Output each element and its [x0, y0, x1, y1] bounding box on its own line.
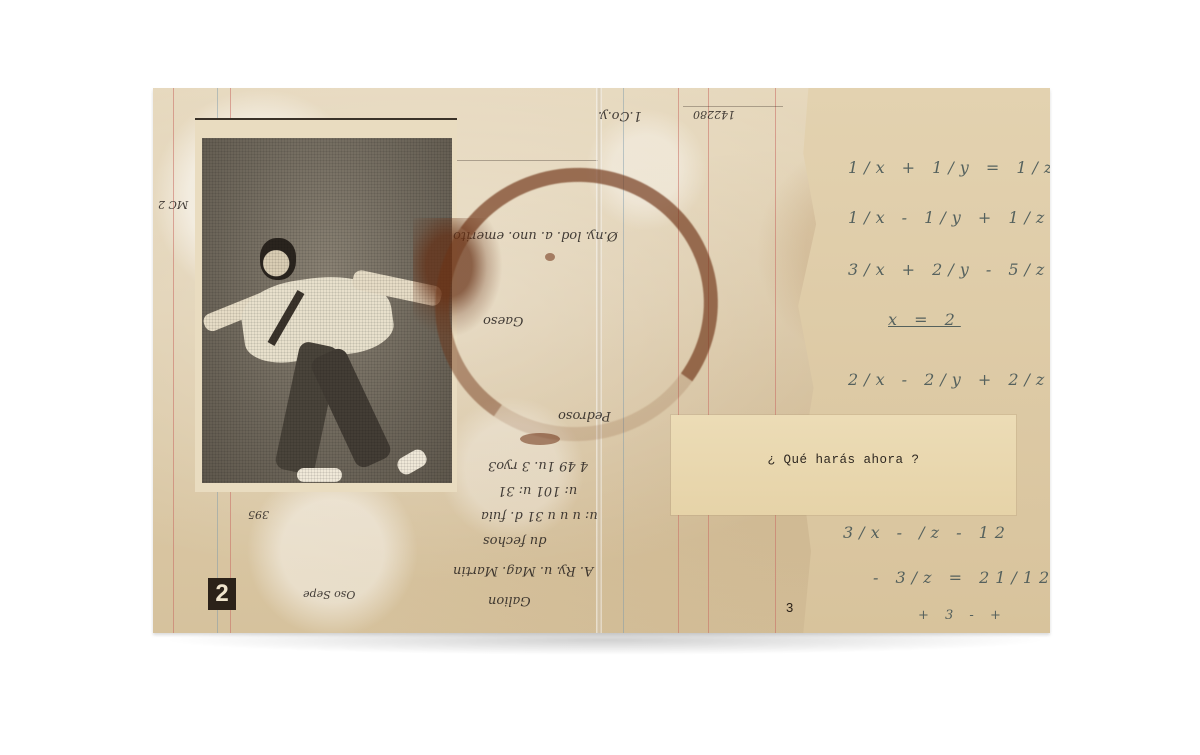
ledger-line — [683, 106, 783, 107]
math-equation: 3/x + 2/y - 5/z = 1/12 — [848, 260, 1050, 279]
math-equation: - 3/z = 21/12 - 5/2 — [873, 568, 1050, 587]
coffee-stain-drop — [545, 253, 555, 261]
typed-label-text: ¿ Qué harás ahora ? — [671, 453, 1016, 467]
ledger-text: 395 — [248, 508, 269, 521]
collage-book: 1.Co.y. 142280 Ø.ny. lod. a. uno. emerit… — [153, 88, 1050, 633]
ledger-text: u: u u u 31 d. fuia — [481, 508, 598, 523]
ledger-text: Oso Sepe — [303, 588, 355, 601]
figure-tie — [268, 290, 305, 346]
coffee-stain-drop — [520, 433, 560, 445]
figure-arm — [202, 291, 273, 334]
typed-label: ¿ Qué harás ahora ? — [671, 415, 1016, 515]
page-number-right: 3 — [786, 600, 793, 615]
math-equation: 1/x - 1/y + 1/z — [848, 208, 1050, 227]
math-equation: + 3 - + — [918, 608, 1007, 623]
figure-shoe — [395, 447, 430, 478]
figure-leg — [274, 340, 340, 475]
ledger-text: Galion — [488, 593, 531, 608]
math-equation: 2/x - 2/y + 2/z — [848, 370, 1050, 389]
figure-leg — [308, 346, 393, 471]
ledger-rule-red — [173, 88, 174, 633]
ledger-text: 4 49 1u. 3 ryo3 — [488, 458, 588, 473]
ledger-text: A. Ry. u. Mag. Martin — [453, 563, 593, 578]
ledger-text: 1.Co.y. — [598, 108, 642, 123]
figure-shoe — [297, 468, 342, 482]
page-number-left: 2 — [208, 578, 236, 610]
ledger-text: u: 101 u: 31 — [498, 483, 577, 498]
ledger-rule-red — [775, 88, 776, 633]
math-equation: 1/x + 1/y = 1/z — [848, 158, 1050, 177]
math-equation: x = 2 — [888, 310, 961, 329]
ledger-text: MC 2 — [158, 198, 188, 211]
ledger-text: 142280 — [693, 108, 735, 121]
math-equation: 3/x - /z - 12 — [843, 523, 1011, 542]
ledger-rule-red — [708, 88, 709, 633]
figure-shirt — [237, 268, 397, 368]
ledger-line — [448, 160, 598, 161]
ledger-text: du fechos — [483, 533, 546, 548]
figure-head — [260, 238, 296, 280]
